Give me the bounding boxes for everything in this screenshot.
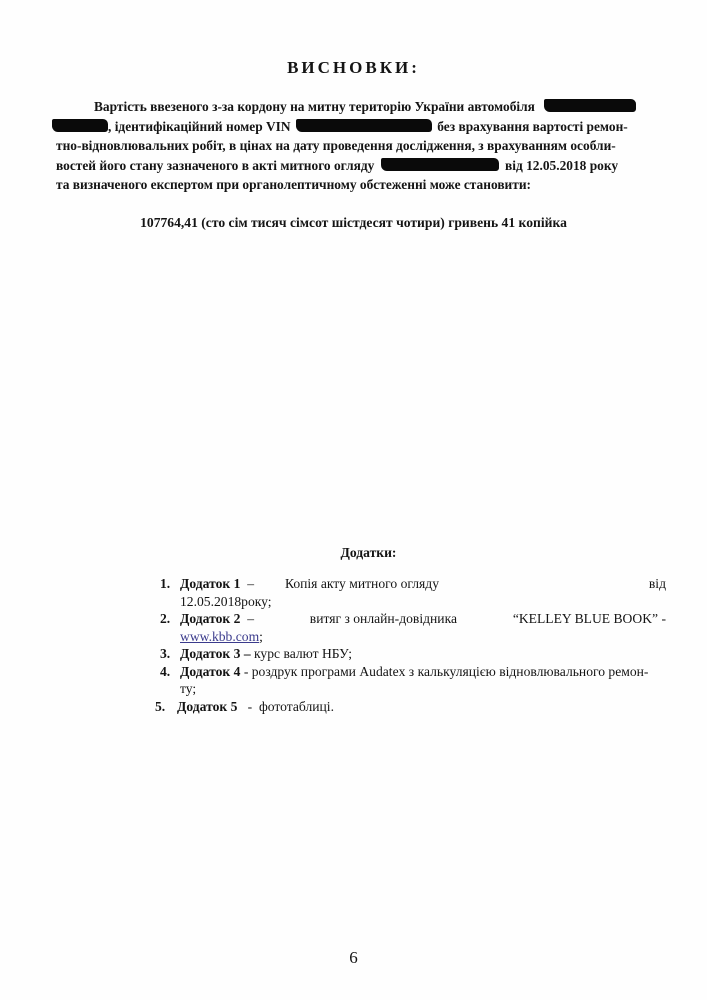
conclusion-line-1: Вартість ввезеного з-за кордону на митну… [56, 97, 656, 117]
conclusion-line-5: та визначеного експертом при органолепти… [56, 175, 656, 195]
conclusion-text: , ідентифікаційний номер VIN [108, 119, 291, 134]
appendix-description: “KELLEY BLUE BOOK” - [513, 610, 666, 628]
appendix-description: Копія акту митного огляду [285, 575, 439, 593]
conclusion-text: востей його стану зазначеного в акті мит… [56, 158, 374, 173]
appendix-dash: - [248, 699, 253, 714]
redacted-vehicle-model [544, 99, 636, 112]
appendix-label: Додаток 2 [180, 611, 240, 626]
appendix-row: Додаток 1 – Копія акту митного огляду ві… [180, 575, 666, 593]
redacted-customs-act-number [381, 158, 499, 171]
appendix-description: курс валют НБУ; [254, 646, 352, 661]
conclusion-line-4: востей його стану зазначеного в акті мит… [56, 156, 656, 176]
appendix-label: Додаток 4 [180, 664, 240, 679]
appendix-number: 5. [155, 698, 165, 716]
redacted-vehicle-model-cont [52, 119, 108, 132]
appendix-number: 3. [160, 645, 170, 663]
appendix-item-1: 1. Додаток 1 – Копія акту митного огляду… [158, 575, 666, 610]
appendix-description: фототаблиці. [259, 699, 334, 714]
appendix-dash: - [244, 664, 249, 679]
page-number: 6 [0, 948, 707, 968]
appendix-item-5: 5. Додаток 5 - фототаблиці. [155, 698, 666, 716]
appendix-dash: – [247, 611, 254, 626]
appendix-description: витяг з онлайн-довідника [310, 610, 457, 628]
valuation-amount: 107764,41 (сто сім тисяч сімсот шістдеся… [0, 215, 707, 231]
appendices-title: Додатки: [0, 545, 707, 561]
appendix-item-2: 2. Додаток 2 – витяг з онлайн-довідника … [158, 610, 666, 645]
appendix-description: роздрук програми Audatex з калькуляцією … [252, 664, 649, 679]
conclusion-line-2: , ідентифікаційний номер VIN без врахува… [52, 117, 656, 137]
conclusion-text: від 12.05.2018 року [505, 158, 618, 173]
appendices-list: 1. Додаток 1 – Копія акту митного огляду… [158, 575, 666, 715]
appendix-row: Додаток 2 – витяг з онлайн-довідника “KE… [180, 610, 666, 628]
conclusion-paragraph: Вартість ввезеного з-за кордону на митну… [56, 97, 656, 195]
appendix-dash: – [247, 576, 254, 591]
conclusion-line-3: тно-відновлювальних робіт, в цінах на да… [56, 136, 656, 156]
appendix-item-3: 3. Додаток 3 – курс валют НБУ; [158, 645, 666, 663]
appendix-label: Додаток 3 [180, 646, 240, 661]
appendix-description-cont: ту; [180, 680, 666, 698]
document-page: ВИСНОВКИ: Вартість ввезеного з-за кордон… [0, 0, 707, 1000]
blank-redacted-area [470, 575, 618, 593]
appendix-number: 4. [160, 663, 170, 681]
appendix-label: Додаток 5 [177, 699, 237, 714]
appendix-number: 1. [160, 575, 170, 593]
appendix-item-4: 4. Додаток 4 - роздрук програми Audatex … [158, 663, 666, 698]
appendix-description-cont: 12.05.2018року; [180, 593, 666, 611]
appendix-punctuation: ; [259, 629, 263, 644]
redacted-vin-number [296, 119, 432, 132]
document-title: ВИСНОВКИ: [0, 58, 707, 78]
appendix-dash: – [244, 646, 251, 661]
appendix-description: від [649, 575, 666, 593]
conclusion-text: без врахування вартості ремон- [437, 119, 627, 134]
conclusion-text: Вартість ввезеного з-за кордону на митну… [94, 99, 535, 114]
appendix-label: Додаток 1 [180, 576, 240, 591]
kbb-link[interactable]: www.kbb.com [180, 629, 259, 644]
appendix-number: 2. [160, 610, 170, 628]
